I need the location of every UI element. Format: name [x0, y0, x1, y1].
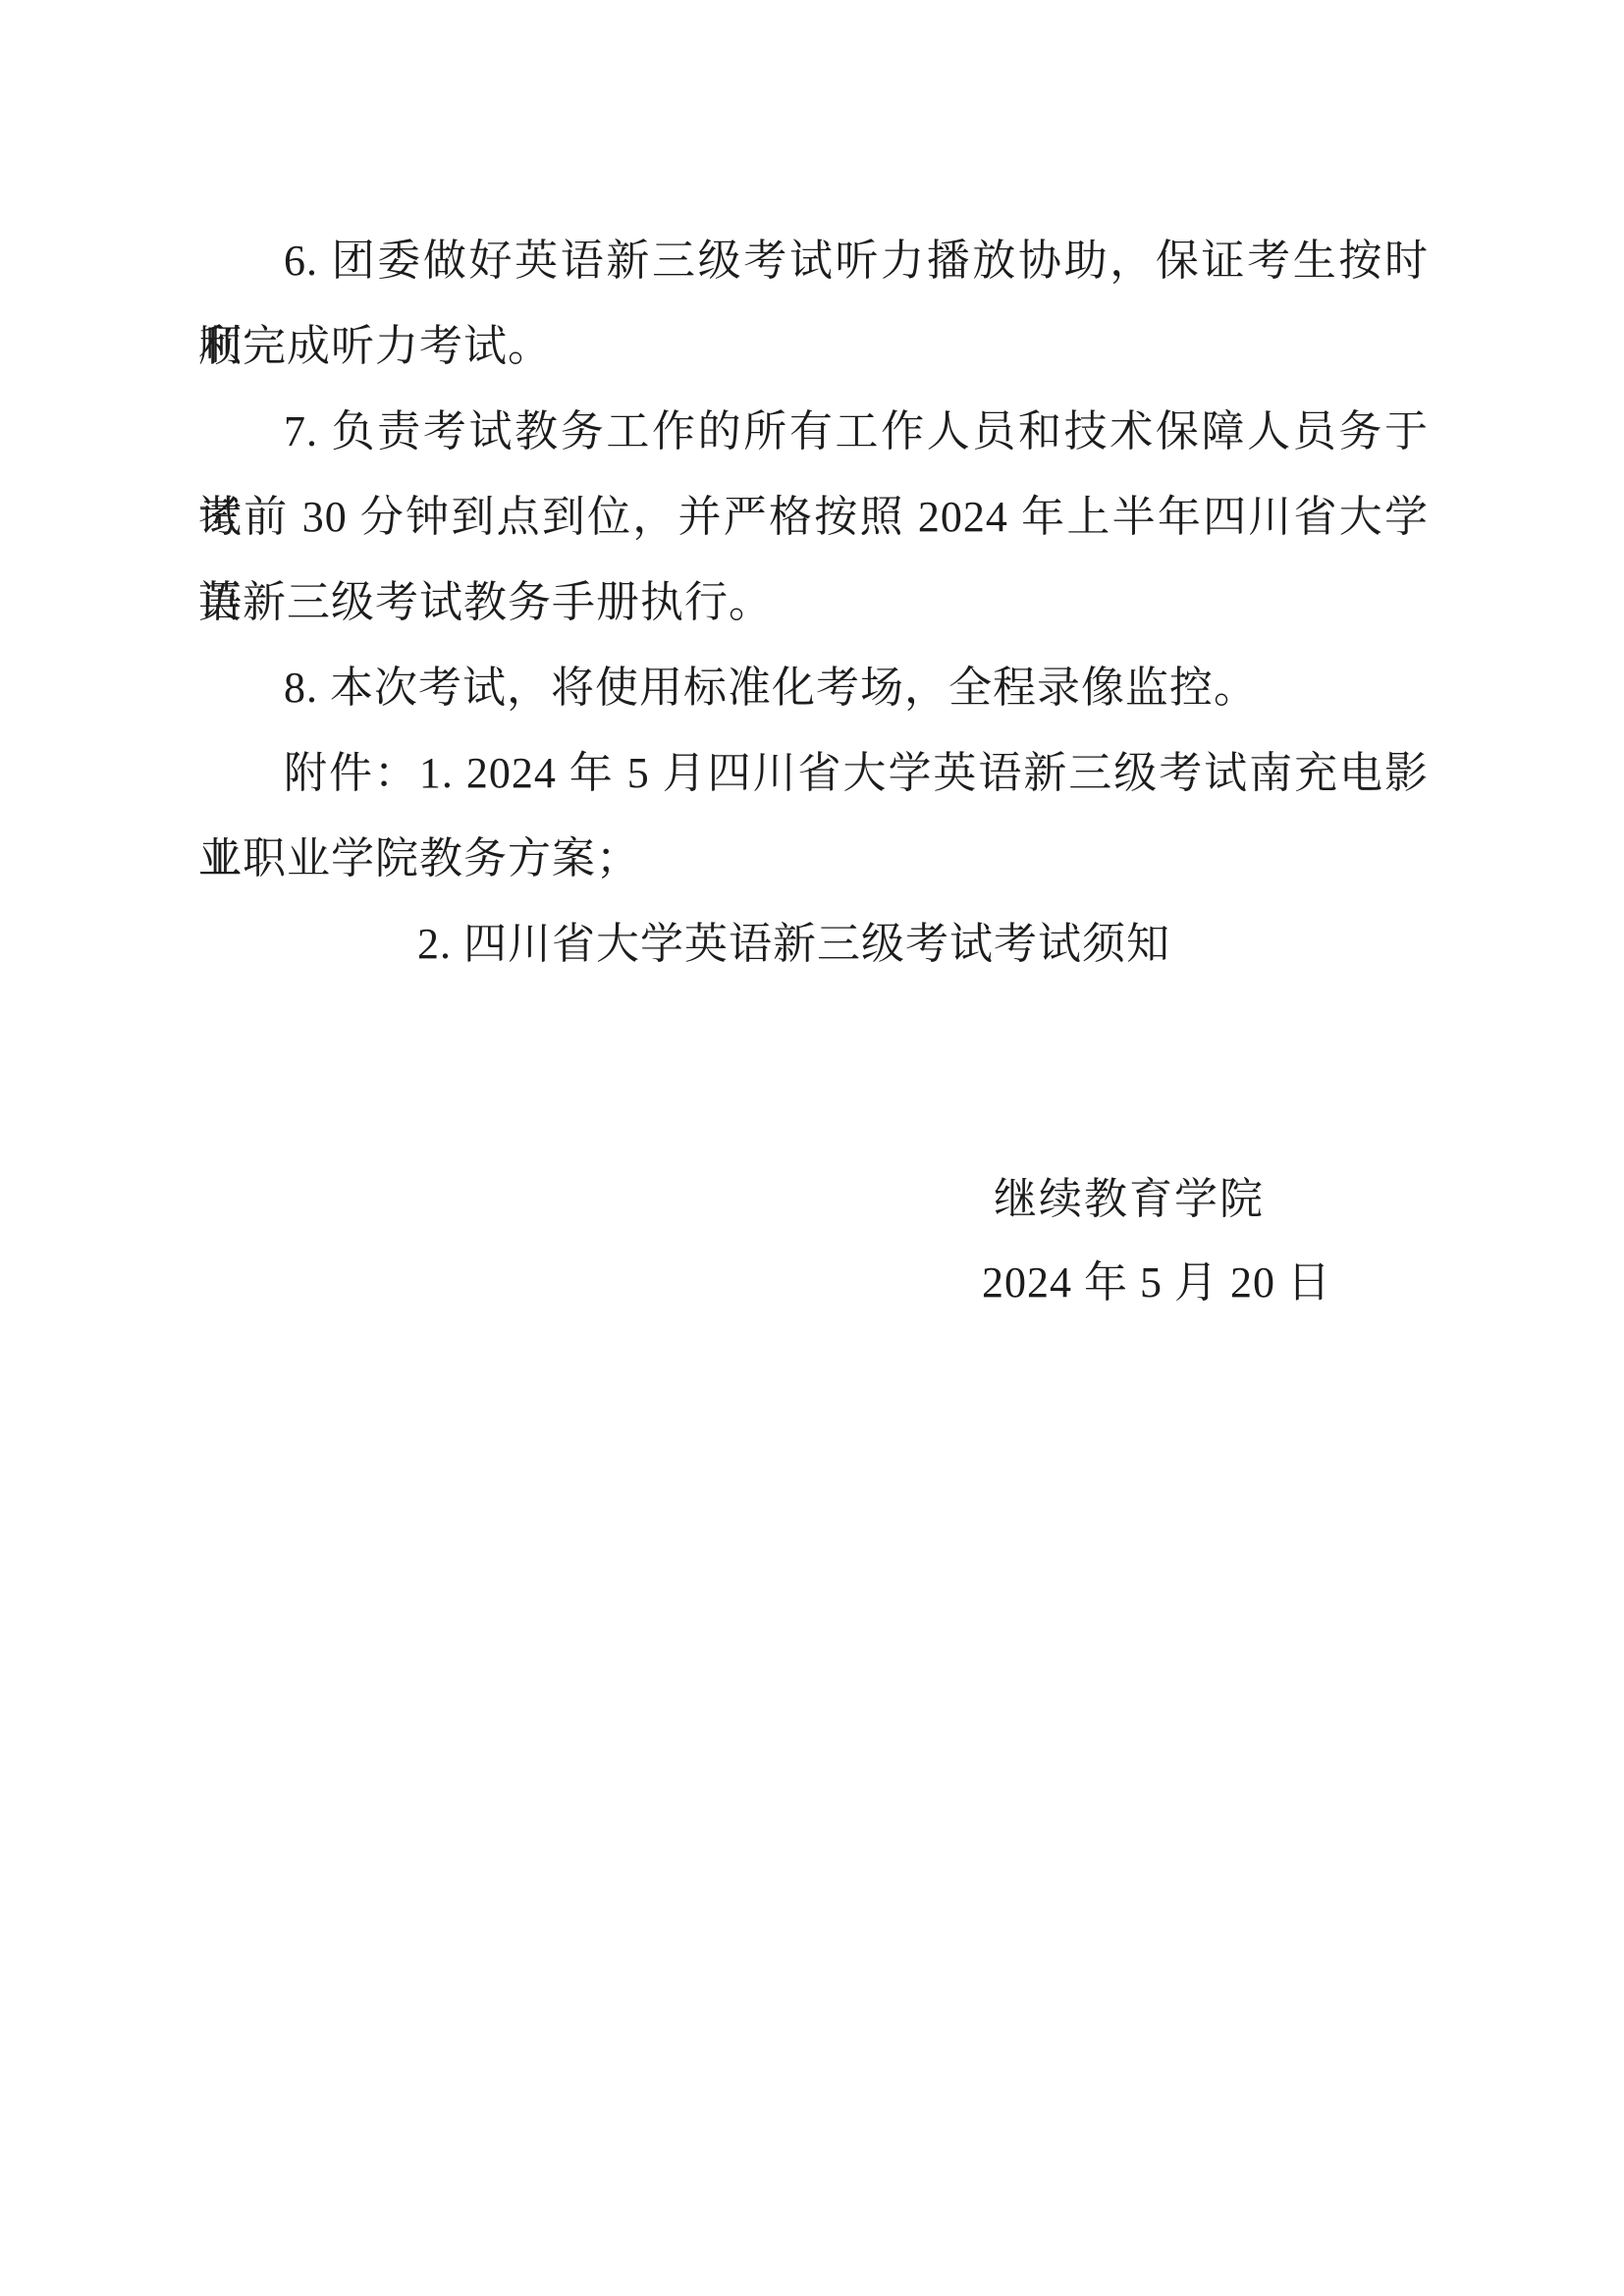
- body-line: 8. 本次考试，将使用标准化考场，全程录像监控。: [198, 645, 1429, 730]
- signature-organization: 继续教育学院: [994, 1156, 1265, 1242]
- body-line: 利完成听力考试。: [198, 303, 1429, 389]
- document-body: 6. 团委做好英语新三级考试听力播放协助，保证考生按时顺 利完成听力考试。 7.…: [198, 218, 1429, 987]
- attachment-line: 附件：1. 2024 年 5 月四川省大学英语新三级考试南充电影工: [198, 730, 1429, 816]
- body-line: 6. 团委做好英语新三级考试听力播放协助，保证考生按时顺: [198, 218, 1429, 303]
- attachment-line: 2. 四川省大学英语新三级考试考试须知: [198, 901, 1429, 987]
- document-page: 6. 团委做好英语新三级考试听力播放协助，保证考生按时顺 利完成听力考试。 7.…: [0, 0, 1624, 2296]
- body-line: 试前 30 分钟到点到位，并严格按照 2024 年上半年四川省大学英: [198, 474, 1429, 560]
- signature-date: 2024 年 5 月 20 日: [982, 1240, 1331, 1325]
- body-line: 语新三级考试教务手册执行。: [198, 560, 1429, 645]
- body-line: 7. 负责考试教务工作的所有工作人员和技术保障人员务于考: [198, 389, 1429, 474]
- attachment-line: 业职业学院教务方案；: [198, 816, 1429, 901]
